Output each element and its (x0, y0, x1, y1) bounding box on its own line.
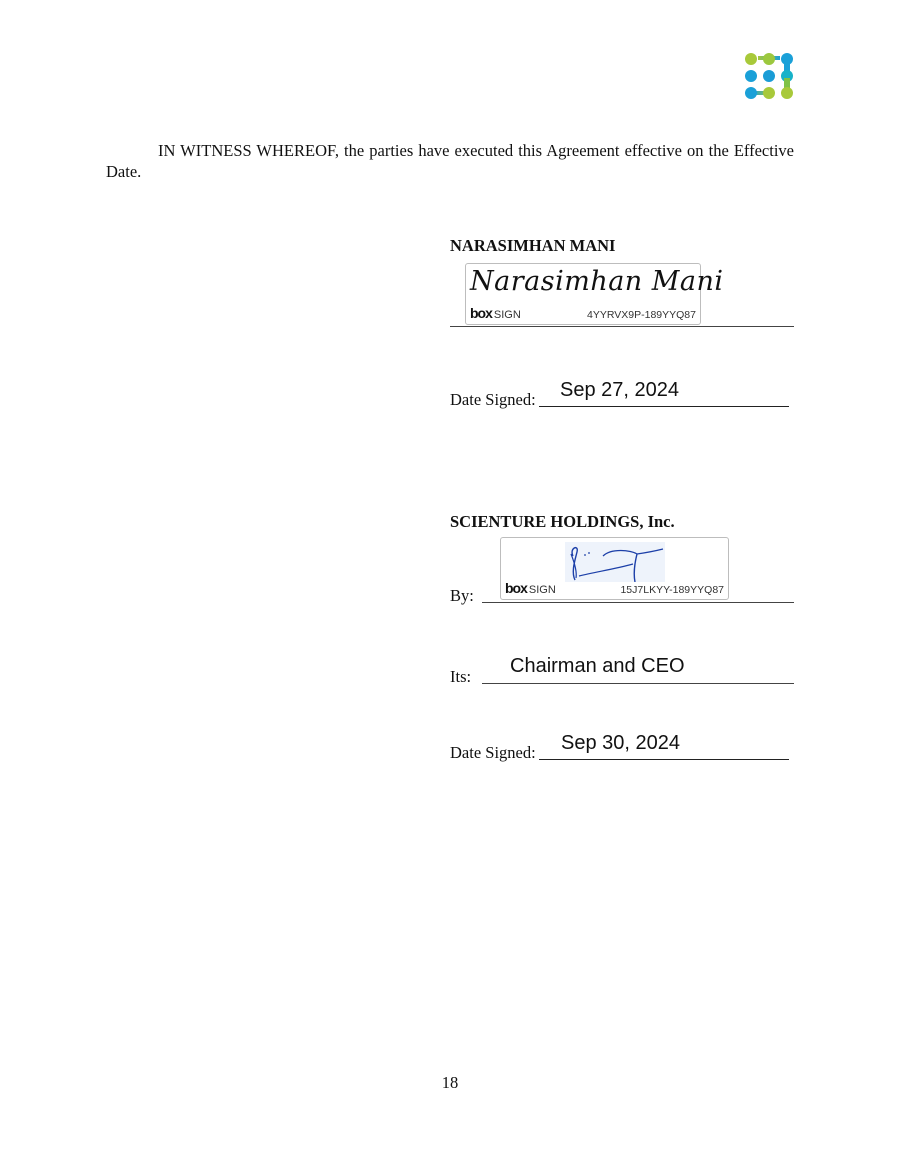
party1-signature-box: Narasimhan Mani box SIGN 4YYRVX9P-189YYQ… (465, 263, 701, 325)
party1-signature-id: 4YYRVX9P-189YYQ87 (587, 309, 696, 321)
party2-by-label: By: (450, 586, 474, 606)
party2-date-label: Date Signed: (450, 743, 536, 763)
box-sign-logo: box SIGN (505, 580, 556, 596)
party2-signature-id: 15J7LKYY-189YYQ87 (620, 584, 724, 596)
party2-its-label: Its: (450, 667, 471, 687)
witness-clause: IN WITNESS WHEREOF, the parties have exe… (106, 140, 794, 182)
party1-signature-script: Narasimhan Mani (470, 266, 724, 297)
party1-name: NARASIMHAN MANI (450, 236, 794, 256)
party2-signature-line (482, 602, 794, 603)
party2-date-line (539, 759, 789, 760)
box-sign-logo: box SIGN (470, 305, 521, 321)
page-number: 18 (0, 1073, 900, 1093)
box-brand-text: box (505, 580, 527, 596)
party2-its-value[interactable]: Chairman and CEO (510, 655, 685, 678)
party1-date-label: Date Signed: (450, 390, 536, 410)
party2-its-line (482, 683, 794, 684)
party2-name: SCIENTURE HOLDINGS, Inc. (450, 512, 794, 532)
party1-date-line (539, 406, 789, 407)
party2-signature-box: box SIGN 15J7LKYY-189YYQ87 (500, 537, 729, 600)
party1-date-value[interactable]: Sep 27, 2024 (560, 379, 679, 402)
sign-label: SIGN (529, 584, 556, 596)
party1-signature-line (450, 326, 794, 327)
party2-signature-image (565, 542, 665, 582)
witness-text: IN WITNESS WHEREOF, the parties have exe… (106, 141, 794, 181)
box-brand-text: box (470, 305, 492, 321)
sign-label: SIGN (494, 309, 521, 321)
party2-date-value[interactable]: Sep 30, 2024 (561, 732, 680, 755)
dot-grid-logo-icon (744, 52, 794, 100)
company-logo (744, 52, 794, 100)
